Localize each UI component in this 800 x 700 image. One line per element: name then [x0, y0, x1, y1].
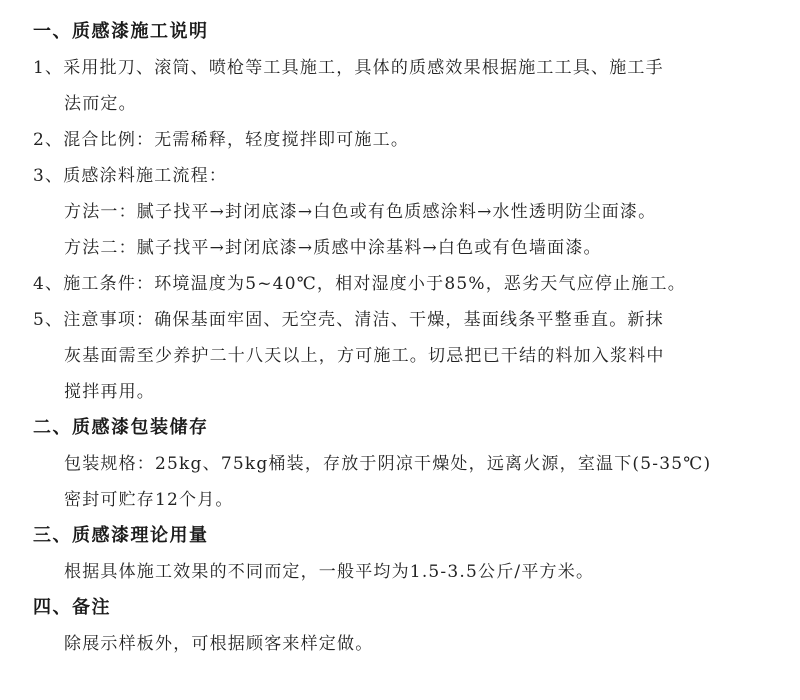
item-5-precautions-continued-2: 搅拌再用。 [64, 381, 155, 403]
item-5-precautions: 5、注意事项：确保基面牢固、无空壳、清洁、干燥，基面线条平整垂直。新抹 [33, 309, 664, 331]
process-method-2: 方法二：腻子找平→封闭底漆→质感中涂基料→白色或有色墙面漆。 [64, 237, 602, 259]
item-1-tools: 1、采用批刀、滚筒、喷枪等工具施工，具体的质感效果根据施工工具、施工手 [33, 57, 664, 79]
remarks-text: 除展示样板外，可根据顾客来样定做。 [64, 633, 373, 655]
packaging-spec: 包装规格：25kg、75kg桶装，存放于阴凉干燥处，远离火源，室温下(5-35℃… [64, 453, 711, 475]
section-heading-theoretical-usage: 三、质感漆理论用量 [33, 525, 209, 547]
item-4-conditions: 4、施工条件：环境温度为5~40℃，相对湿度小于85%，恶劣天气应停止施工。 [33, 273, 686, 295]
packaging-shelf-life: 密封可贮存12个月。 [64, 489, 234, 511]
usage-amount: 根据具体施工效果的不同而定，一般平均为1.5-3.5公斤/平方米。 [64, 561, 594, 583]
section-heading-packaging-storage: 二、质感漆包装储存 [33, 417, 209, 439]
process-method-1: 方法一：腻子找平→封闭底漆→白色或有色质感涂料→水性透明防尘面漆。 [64, 201, 656, 223]
item-2-mixing-ratio: 2、混合比例：无需稀释，轻度搅拌即可施工。 [33, 129, 409, 151]
item-3-process: 3、质感涂料施工流程： [33, 165, 227, 187]
item-5-precautions-continued-1: 灰基面需至少养护二十八天以上，方可施工。切忌把已干结的料加入浆料中 [64, 345, 665, 367]
section-heading-remarks: 四、备注 [33, 597, 111, 619]
section-heading-construction-notes: 一、质感漆施工说明 [33, 21, 209, 43]
item-1-tools-continued: 法而定。 [64, 93, 137, 115]
